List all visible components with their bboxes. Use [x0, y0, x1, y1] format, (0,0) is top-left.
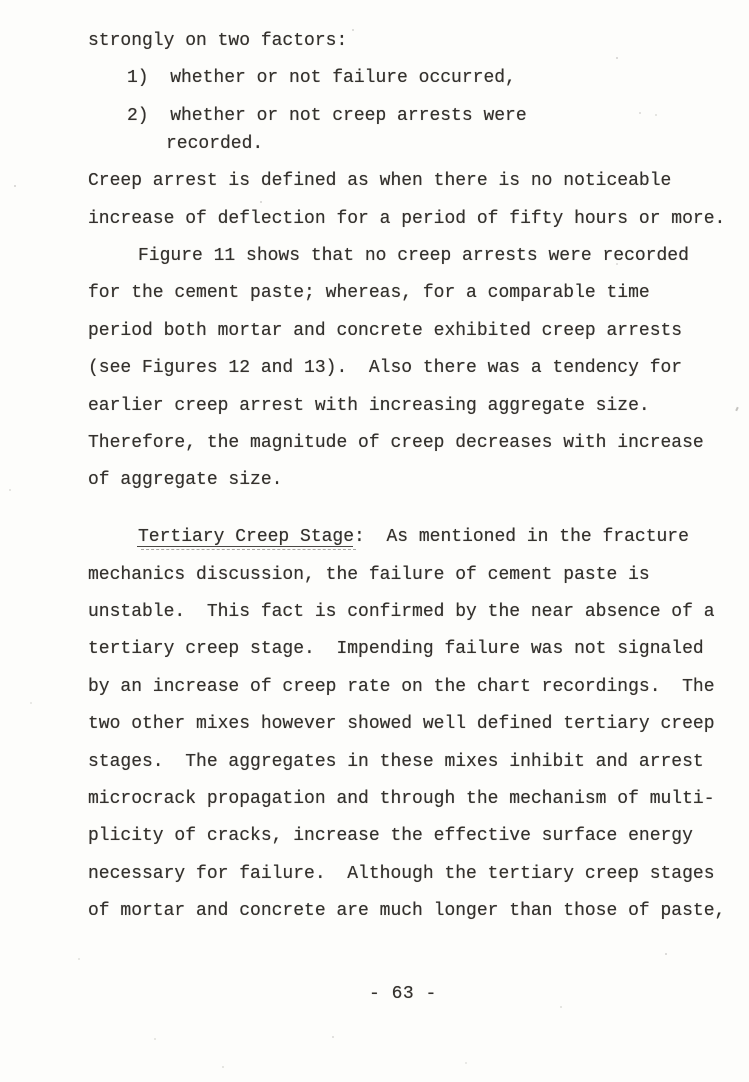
- scan-speck: [465, 1062, 467, 1064]
- text-line: of aggregate size.: [0, 462, 749, 499]
- scan-speck: [655, 114, 657, 116]
- scan-speck: [222, 1066, 224, 1068]
- text-line: plicity of cracks, increase the effectiv…: [0, 818, 749, 855]
- text-line: Tertiary Creep Stage: As mentioned in th…: [0, 519, 749, 556]
- scan-speck: [154, 1038, 156, 1040]
- document-page: strongly on two factors:1) whether or no…: [0, 0, 749, 1082]
- text-line: unstable. This fact is confirmed by the …: [0, 594, 749, 631]
- scan-speck: [78, 958, 80, 960]
- text-line: necessary for failure. Although the tert…: [0, 856, 749, 893]
- scan-speck: [260, 201, 262, 203]
- scan-speck: [560, 1006, 562, 1008]
- scan-speck: [14, 185, 16, 187]
- text-line: earlier creep arrest with increasing agg…: [0, 388, 749, 425]
- text-line: Therefore, the magnitude of creep decrea…: [0, 425, 749, 462]
- scan-speck: [352, 29, 354, 31]
- text-line: Creep arrest is defined as when there is…: [0, 163, 749, 200]
- text-line: for the cement paste; whereas, for a com…: [0, 275, 749, 312]
- text-line: increase of deflection for a period of f…: [0, 201, 749, 238]
- section-heading: Tertiary Creep Stage: [138, 527, 354, 547]
- text-line: microcrack propagation and through the m…: [0, 781, 749, 818]
- text-line: period both mortar and concrete exhibite…: [0, 313, 749, 350]
- scan-speck: [30, 702, 32, 704]
- text-line: stages. The aggregates in these mixes in…: [0, 744, 749, 781]
- text-line: Figure 11 shows that no creep arrests we…: [0, 238, 749, 275]
- text-line: by an increase of creep rate on the char…: [0, 669, 749, 706]
- page-number: - 63 -: [369, 984, 437, 1004]
- text-line: of mortar and concrete are much longer t…: [0, 893, 749, 930]
- text-line: strongly on two factors:: [0, 23, 749, 60]
- scan-speck: [616, 263, 618, 265]
- text-block: strongly on two factors:1) whether or no…: [0, 23, 749, 931]
- scan-speck: [616, 57, 618, 59]
- text-line: tertiary creep stage. Impending failure …: [0, 631, 749, 668]
- text-line: two other mixes however showed well defi…: [0, 706, 749, 743]
- text-line: 1) whether or not failure occurred,: [0, 60, 749, 97]
- text-line: (see Figures 12 and 13). Also there was …: [0, 350, 749, 387]
- scan-speck: [639, 112, 641, 114]
- text-line: mechanics discussion, the failure of cem…: [0, 557, 749, 594]
- scan-speck: [9, 489, 11, 491]
- scan-speck: [665, 953, 667, 955]
- scan-speck: [312, 531, 314, 533]
- scan-speck: [332, 1036, 334, 1038]
